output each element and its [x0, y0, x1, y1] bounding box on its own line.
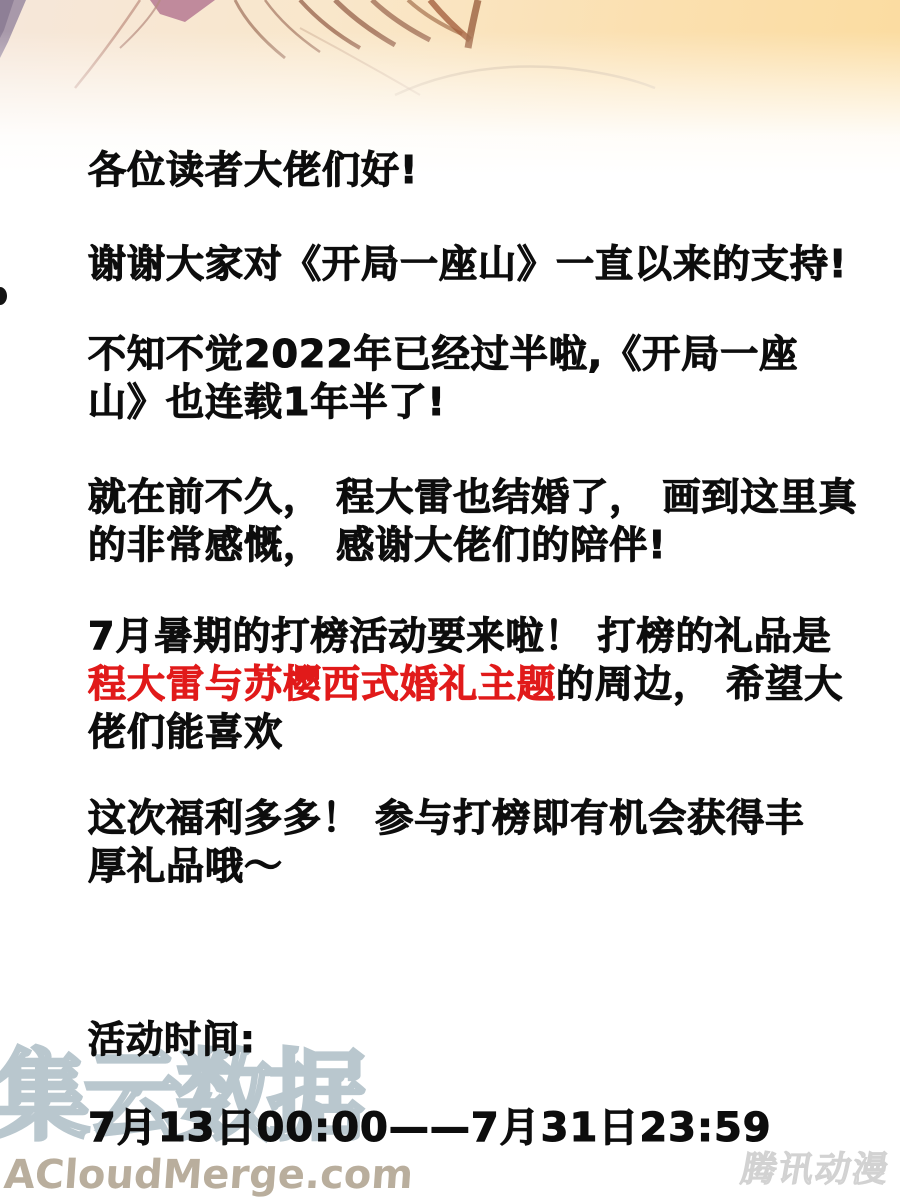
text-line: 各位读者大佬们好! — [88, 146, 418, 194]
text-line: 7月暑期的打榜活动要来啦！ 打榜的礼品是 — [88, 612, 843, 660]
wedding-text: 就在前不久， 程大雷也结婚了， 画到这里真 的非常感慨， 感谢大佬们的陪伴! — [88, 473, 857, 569]
text-line: 的非常感慨， 感谢大佬们的陪伴! — [88, 521, 857, 569]
event-highlight-text: 程大雷与苏樱西式婚礼主题 — [88, 662, 556, 706]
text-line: 山》也连载1年半了! — [88, 378, 798, 426]
page-edge-mark — [0, 287, 7, 305]
event-announcement-text: 7月暑期的打榜活动要来啦！ 打榜的礼品是 程大雷与苏樱西式婚礼主题的周边， 希望… — [88, 612, 843, 756]
site-watermark-url: ACloudMerge.com — [2, 1152, 414, 1198]
text-line: 佬们能喜欢 — [88, 708, 843, 756]
text-line: 程大雷与苏樱西式婚礼主题的周边， 希望大 — [88, 660, 843, 708]
text-line: 不知不觉2022年已经过半啦,《开局一座 — [88, 330, 798, 378]
event-time-range: 7月13日00:00——7月31日23:59 — [88, 1104, 772, 1152]
text-line: 这次福利多多！ 参与打榜即有机会获得丰 — [88, 794, 804, 842]
greeting-text: 各位读者大佬们好! — [88, 146, 418, 194]
thanks-text: 谢谢大家对《开局一座山》一直以来的支持! — [88, 240, 847, 288]
text-line: 7月13日00:00——7月31日23:59 — [88, 1104, 772, 1152]
text-segment: 的周边， 希望大 — [556, 662, 843, 706]
text-line: 就在前不久， 程大雷也结婚了， 画到这里真 — [88, 473, 857, 521]
text-line: 谢谢大家对《开局一座山》一直以来的支持! — [88, 240, 847, 288]
benefit-text: 这次福利多多！ 参与打榜即有机会获得丰 厚礼品哦～ — [88, 794, 804, 890]
text-line: 厚礼品哦～ — [88, 842, 804, 890]
event-time-label: 活动时间: — [88, 1016, 256, 1064]
text-line: 活动时间: — [88, 1016, 256, 1064]
milestone-text: 不知不觉2022年已经过半啦,《开局一座 山》也连载1年半了! — [88, 330, 798, 426]
comic-page: 各位读者大佬们好! 谢谢大家对《开局一座山》一直以来的支持! 不知不觉2022年… — [0, 0, 900, 1200]
